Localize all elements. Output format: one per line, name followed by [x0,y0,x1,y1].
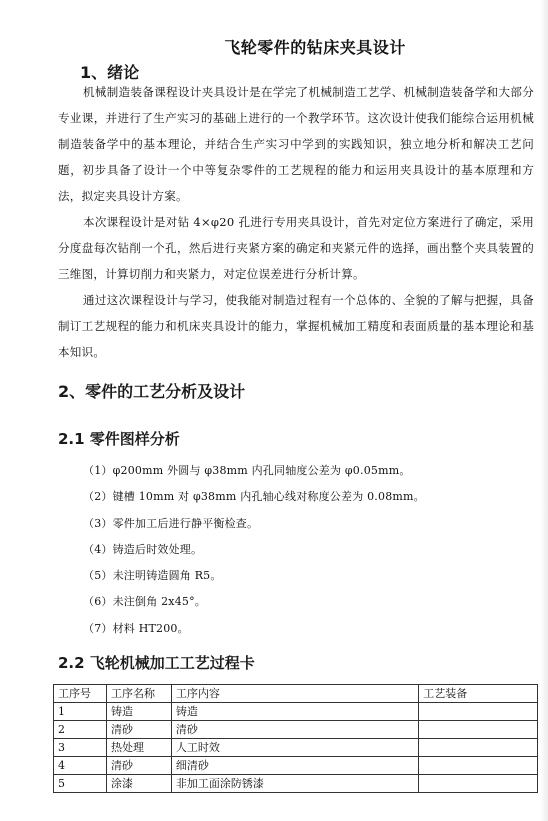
cell-step-no: 1 [54,703,107,721]
requirement-item: （1）φ200mm 外圆与 φ38mm 内孔同轴度公差为 φ0.05mm。 [83,461,425,487]
table-row: 5 涂漆 非加工面涂防锈漆 [54,775,538,793]
requirement-item: （7）材料 HT200。 [83,619,425,645]
cell-step-name: 涂漆 [106,775,171,793]
cell-step-name: 铸造 [106,703,171,721]
cell-step-no: 4 [54,757,107,775]
table-header-row: 工序号 工序名称 工序内容 工艺装备 [54,685,538,703]
table-row: 1 铸造 铸造 [54,703,538,721]
subsection-heading-drawing-analysis: 2.1 零件图样分析 [58,428,180,449]
cell-equipment [419,703,538,721]
table-row: 3 热处理 人工时效 [54,739,538,757]
cell-step-content: 非加工面涂防锈漆 [171,775,418,793]
cell-step-no: 5 [54,775,107,793]
cell-step-name: 清砂 [106,757,171,775]
table-row: 4 清砂 细清砂 [54,757,538,775]
cell-equipment [419,775,538,793]
cell-step-no: 2 [54,721,107,739]
column-header-step-no: 工序号 [54,685,107,703]
requirements-list: （1）φ200mm 外圆与 φ38mm 内孔同轴度公差为 φ0.05mm。 （2… [83,461,425,645]
process-card-table: 工序号 工序名称 工序内容 工艺装备 1 铸造 铸造 2 清砂 清砂 3 热处理… [53,684,538,793]
intro-paragraph-2: 本次课程设计是对钻 4×φ20 孔进行专用夹具设计，首先对定位方案进行了确定，采… [58,209,534,287]
column-header-equipment: 工艺装备 [419,685,538,703]
page-edge-shadow [540,0,548,821]
cell-equipment [419,721,538,739]
intro-paragraph-3: 通过这次课程设计与学习，使我能对制造过程有一个总体的、全貌的了解与把握，具备制订… [58,287,534,365]
cell-step-name: 清砂 [106,721,171,739]
cell-equipment [419,757,538,775]
requirement-item: （5）未注明铸造圆角 R5。 [83,566,425,592]
cell-step-content: 人工时效 [171,739,418,757]
subsection-heading-process-card: 2.2 飞轮机械加工工艺过程卡 [58,652,255,673]
section-heading-analysis: 2、零件的工艺分析及设计 [58,379,245,402]
cell-step-content: 铸造 [171,703,418,721]
cell-equipment [419,739,538,757]
cell-step-content: 细清砂 [171,757,418,775]
column-header-step-content: 工序内容 [171,685,418,703]
cell-step-no: 3 [54,739,107,757]
requirement-item: （2）键槽 10mm 对 φ38mm 内孔轴心线对称度公差为 0.08mm。 [83,487,425,513]
requirement-item: （3）零件加工后进行静平衡检查。 [83,514,425,540]
intro-paragraph-1: 机械制造装备课程设计夹具设计是在学完了机械制造工艺学、机械制造装备学和大部分专业… [58,79,534,209]
requirement-item: （6）未注倒角 2x45°。 [83,592,425,618]
requirement-item: （4）铸造后时效处理。 [83,540,425,566]
document-title: 飞轮零件的钻床夹具设计 [0,35,548,58]
table-row: 2 清砂 清砂 [54,721,538,739]
column-header-step-name: 工序名称 [106,685,171,703]
cell-step-content: 清砂 [171,721,418,739]
cell-step-name: 热处理 [106,739,171,757]
